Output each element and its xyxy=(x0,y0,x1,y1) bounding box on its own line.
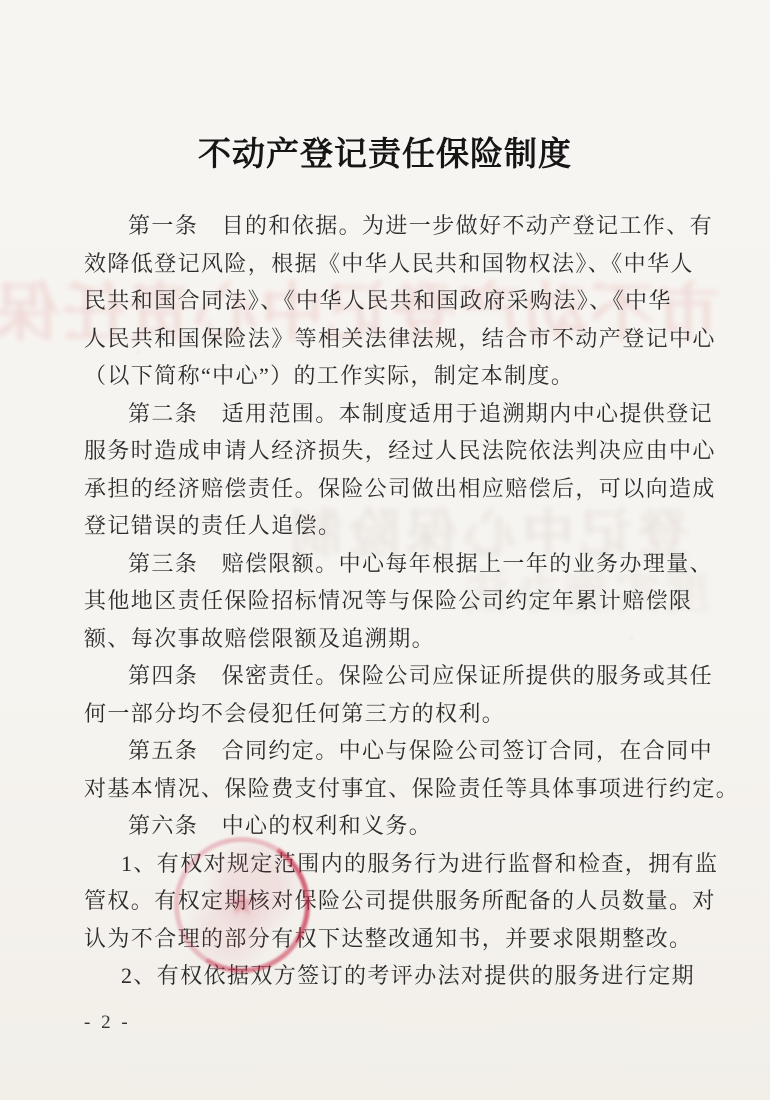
document-line: 对基本情况、保险费支付事宜、保险责任等具体事项进行约定。 xyxy=(84,770,706,808)
document-line: 第六条 中心的权利和义务。 xyxy=(84,807,706,845)
document-line: 额、每次事故赔偿限额及追溯期。 xyxy=(84,620,706,658)
document-line: 第四条 保密责任。保险公司应保证所提供的服务或其任 xyxy=(84,657,706,695)
document-line: 效降低登记风险，根据《中华人民共和国物权法》、《中华人 xyxy=(84,245,706,283)
document-line: 登记错误的责任人追偿。 xyxy=(84,507,706,545)
document-line: 2、有权依据双方签订的考评办法对提供的服务进行定期 xyxy=(84,957,706,995)
seal-star-icon: ★ xyxy=(227,883,257,923)
document-line: （以下简称“中心”）的工作实际，制定本制度。 xyxy=(84,357,706,395)
page-number: - 2 - xyxy=(84,1012,131,1034)
document-line: 第一条 目的和依据。为进一步做好不动产登记工作、有 xyxy=(84,207,706,245)
document-line: 第五条 合同约定。中心与保险公司签订合同，在合同中 xyxy=(84,732,706,770)
document-line: 人民共和国保险法》等相关法律法规，结合市不动产登记中心 xyxy=(84,320,706,358)
document-line: 何一部分均不会侵犯任何第三方的权利。 xyxy=(84,695,706,733)
document-line: 民共和国合同法》、《中华人民共和国政府采购法》、《中华 xyxy=(84,282,706,320)
scanned-document-page: 市不动产登记中心责任保险 登记中心保险制 度实施办法 不动产登记责任保险制度 第… xyxy=(0,0,770,1100)
document-line: 其他地区责任保险招标情况等与保险公司约定年累计赔偿限 xyxy=(84,582,706,620)
document-line: 第三条 赔偿限额。中心每年根据上一年的业务办理量、 xyxy=(84,545,706,583)
document-body: 第一条 目的和依据。为进一步做好不动产登记工作、有效降低登记风险，根据《中华人民… xyxy=(84,207,706,995)
document-line: 1、有权对规定范围内的服务行为进行监督和检查，拥有监 xyxy=(84,845,706,883)
document-line: 承担的经济赔偿责任。保险公司做出相应赔偿后，可以向造成 xyxy=(84,470,706,508)
document-line: 服务时造成申请人经济损失，经过人民法院依法判决应由中心 xyxy=(84,432,706,470)
document-line: 第二条 适用范围。本制度适用于追溯期内中心提供登记 xyxy=(84,395,706,433)
document-title: 不动产登记责任保险制度 xyxy=(0,128,770,175)
official-seal-stamp: ★ xyxy=(174,837,310,973)
